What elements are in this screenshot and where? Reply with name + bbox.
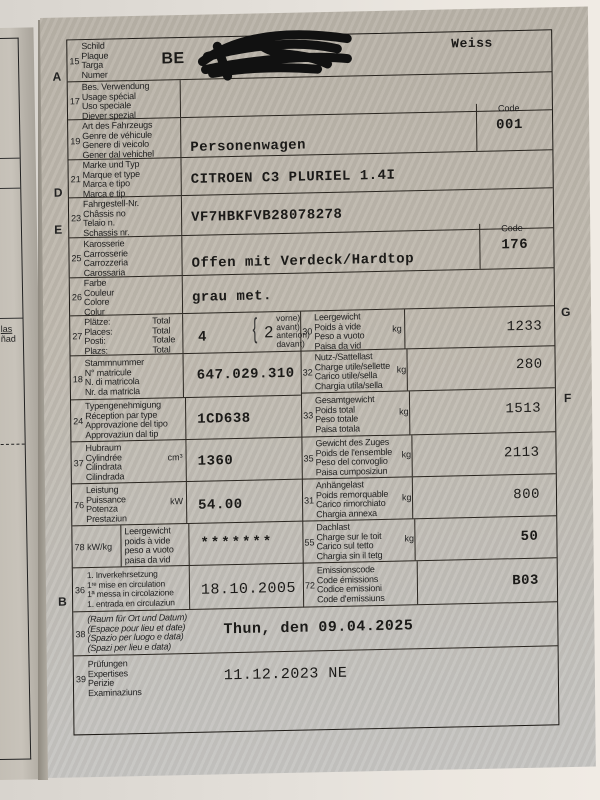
column-divider <box>417 561 418 604</box>
code-label: Code <box>498 103 520 113</box>
column-divider <box>183 354 184 397</box>
unit-kg: kg <box>402 449 412 459</box>
body-code: 176 <box>501 237 528 254</box>
color-value: grau met. <box>192 288 272 306</box>
field-row-total-weight: 33 GesamtgewichtPoids totalPeso totalePa… <box>301 388 555 437</box>
code-label: Code <box>501 223 523 233</box>
field-row-trailer-load: 31 AnhängelastPoids remorquableCarico ri… <box>302 474 556 521</box>
field-label-payload: Nutz-/SattellastCharge utile/selletteCar… <box>315 352 391 392</box>
plate-canton: BE <box>161 50 184 68</box>
field-number: 21 <box>71 174 81 184</box>
empty-weight-value: 1233 <box>507 319 543 336</box>
field-label-first-registration: 1. Inverkehrsetzung1ʳᵉ mise en circulati… <box>87 569 175 609</box>
field-label-roof-load: DachlastCharge sur le toitCarico sul tet… <box>316 522 382 561</box>
emission-code-value: B03 <box>512 573 539 590</box>
field-label-color: FarbeCouleurColoreColur <box>84 279 115 318</box>
field-label-chassis: Fahrgestell-Nr.Châssis noTelaio n.Schass… <box>83 199 139 238</box>
field-label-empty-weight: LeergewichtPoids à videPeso a vuotoPaisa… <box>314 312 365 351</box>
side-letter-g: G <box>561 305 570 319</box>
field-label-type-approval: TypengenehmigungRéception par typeApprov… <box>85 400 168 440</box>
unit-kg: kg <box>392 323 402 333</box>
field-label-plate: SchildPlaqueTargaNumer <box>81 42 108 81</box>
code-divider <box>479 224 480 269</box>
field-number: 32 <box>303 367 313 377</box>
field-label-matriculation: StammnummerN° matriculeN. di matricolaNr… <box>85 358 145 397</box>
field-number: 72 <box>305 580 315 590</box>
column-divider <box>412 477 413 518</box>
place-date-value: Thun, den 09.04.2025 <box>223 617 413 638</box>
field-number: 35 <box>304 453 314 463</box>
field-row-displacement: 37 HubraumCylindréeCilindrataCilindrada … <box>71 438 301 485</box>
field-label-power: LeistungPuissancePotenzaPrestaziun <box>86 485 127 524</box>
field-number: 30 <box>302 326 312 336</box>
redaction-scribble <box>197 28 357 81</box>
field-row-payload: 32 Nutz-/SattellastCharge utile/sellette… <box>300 346 554 393</box>
field-row-power: 76 LeistungPuissancePotenzaPrestaziun kW… <box>72 480 302 527</box>
field-row-matriculation: 18 StammnummerN° matriculeN. di matricol… <box>71 352 301 401</box>
roof-load-value: 50 <box>521 529 539 545</box>
code-divider <box>476 104 477 151</box>
field-label-trailer-load: AnhängelastPoids remorquableCarico rimor… <box>316 480 389 520</box>
side-letter-a: A <box>53 70 62 84</box>
column-divider <box>409 391 410 434</box>
column-divider <box>411 435 412 476</box>
field-label-seats-total: TotalTotalTotaleTotal <box>152 316 175 354</box>
side-letter-e: E <box>54 223 62 237</box>
field-number: 78 kW/kg <box>74 542 112 553</box>
side-letter-b: B <box>58 595 67 609</box>
column-divider <box>404 309 405 348</box>
field-number: 27 <box>72 331 82 341</box>
column-divider <box>181 236 182 275</box>
field-number: 26 <box>72 292 82 302</box>
field-label-body: KarosserieCarrosserieCarrozzeriaCarossar… <box>83 239 128 278</box>
field-number: 55 <box>304 537 314 547</box>
unit-kg: kg <box>402 492 412 502</box>
left-page-fragment: ñad <box>1 334 16 344</box>
column-divider <box>189 566 190 609</box>
field-number: 23 <box>71 213 81 223</box>
field-label-special-use: Bes. VerwendungUsage spécialUso speciale… <box>82 82 150 121</box>
unit-kg: kg <box>399 406 409 416</box>
field-label-seats: Plätze:Places:Posti:Plazs: <box>84 318 113 357</box>
field-row-train-weight: 35 Gewicht des ZugesPoids de l'ensembleP… <box>301 432 555 479</box>
field-number: 19 <box>70 136 80 146</box>
field-label-inspections: PrüfungenExpertisesPerizieExaminaziuns <box>88 659 142 698</box>
body-value: Offen mit Verdeck/Hardtop <box>191 251 414 272</box>
unit-kg: kg <box>397 364 407 374</box>
field-number: 31 <box>304 495 314 505</box>
field-label-displacement: HubraumCylindréeCilindrataCilindrada <box>85 443 124 482</box>
field-label-vehicle-kind: Art des FahrzeugsGenre de véhiculeGenere… <box>82 121 154 160</box>
unit-cm3: cm³ <box>168 452 183 462</box>
column-divider <box>182 276 183 313</box>
first-registration-value: 18.10.2005 <box>201 580 296 599</box>
field-row-power-weight: 78 kW/kg Leergewichtpoids à videpeso a v… <box>72 522 302 569</box>
field-number: 39 <box>76 674 86 684</box>
type-approval-value: 1CD638 <box>197 411 251 428</box>
side-letter-f: F <box>564 391 571 405</box>
train-weight-value: 2113 <box>504 445 540 462</box>
left-page-frame <box>0 38 31 761</box>
total-weight-value: 1513 <box>505 401 541 418</box>
plate-color: Weiss <box>451 36 493 52</box>
field-number: 18 <box>73 374 83 384</box>
column-divider <box>188 524 189 565</box>
column-divider <box>185 440 186 481</box>
field-number: 38 <box>75 629 85 639</box>
make-type-value: CITROEN C3 PLURIEL 1.4I <box>191 168 396 188</box>
displacement-value: 1360 <box>198 453 234 470</box>
field-row-type-approval: 24 TypengenehmigungRéception par typeApp… <box>71 396 301 443</box>
field-number: 33 <box>303 410 313 420</box>
field-number: 76 <box>74 500 84 510</box>
left-page-fragment: las <box>1 324 13 334</box>
payload-value: 280 <box>516 357 543 374</box>
field-label-place-date: (Raum für Ort und Datum)(Espace pour lie… <box>87 613 187 653</box>
field-label-emission-code: EmissionscodeCode émissionsCodice emissi… <box>317 565 385 604</box>
field-row-seats: 27 Plätze:Places:Posti:Plazs: TotalTotal… <box>70 312 300 357</box>
vehicle-kind-value: Personenwagen <box>190 137 306 155</box>
vehicle-kind-code: 001 <box>496 117 523 134</box>
field-number: 17 <box>70 96 80 106</box>
field-label-total-weight: GesamtgewichtPoids totalPeso totalePaisa… <box>315 395 375 434</box>
field-row-roof-load: 55 DachlastCharge sur le toitCarico sul … <box>302 516 556 563</box>
field-number: 37 <box>74 458 84 468</box>
power-weight-value: ******* <box>200 534 273 552</box>
matriculation-value: 647.029.310 <box>197 366 295 384</box>
field-row-emission-code: 72 EmissionscodeCode émissionsCodice emi… <box>303 558 557 607</box>
column-divider <box>181 196 182 235</box>
field-label-train-weight: Gewicht des ZugesPoids de l'ensemblePeso… <box>315 438 392 478</box>
inspections-value: 11.12.2023 NE <box>224 665 348 685</box>
field-label-power-weight: Leergewichtpoids à videpeso a vuotopaisa… <box>124 526 174 565</box>
column-divider <box>180 80 181 117</box>
brace: { <box>252 313 257 345</box>
registration-document-page: A D E B G F 15 SchildPlaqueTargaNumer BE… <box>40 7 596 778</box>
fields-grid: 15 SchildPlaqueTargaNumer BE Weiss 17 Be… <box>66 29 559 735</box>
column-divider <box>186 482 187 523</box>
seats-total-value: 4 <box>198 328 206 344</box>
column-divider <box>406 349 407 390</box>
column-divider <box>185 398 186 439</box>
column-divider <box>182 314 183 353</box>
column-divider <box>414 519 415 560</box>
field-number: 25 <box>71 253 81 263</box>
power-value: 54.00 <box>198 497 243 514</box>
field-row-empty-weight: 30 LeergewichtPoids à videPeso a vuotoPa… <box>300 306 554 351</box>
trailer-load-value: 800 <box>513 487 540 504</box>
field-number: 24 <box>73 416 83 426</box>
column-divider <box>120 525 121 566</box>
unit-kw: kW <box>170 496 183 506</box>
chassis-value: VF7HBKFVB28078278 <box>191 207 342 226</box>
field-number: 36 <box>75 585 85 595</box>
side-letter-d: D <box>54 186 63 200</box>
unit-kg: kg <box>404 533 414 543</box>
column-divider <box>180 118 181 157</box>
column-divider <box>180 158 181 195</box>
field-number: 15 <box>69 56 79 66</box>
field-row-first-registration: 36 1. Inverkehrsetzung1ʳᵉ mise en circul… <box>73 564 303 613</box>
field-row-inspections: 39 PrüfungenExpertisesPerizieExaminaziun… <box>74 646 559 736</box>
field-label-make-type: Marke und TypMarque et typeMarca e tipoM… <box>82 160 140 199</box>
seats-front-value: 2 <box>264 324 274 342</box>
